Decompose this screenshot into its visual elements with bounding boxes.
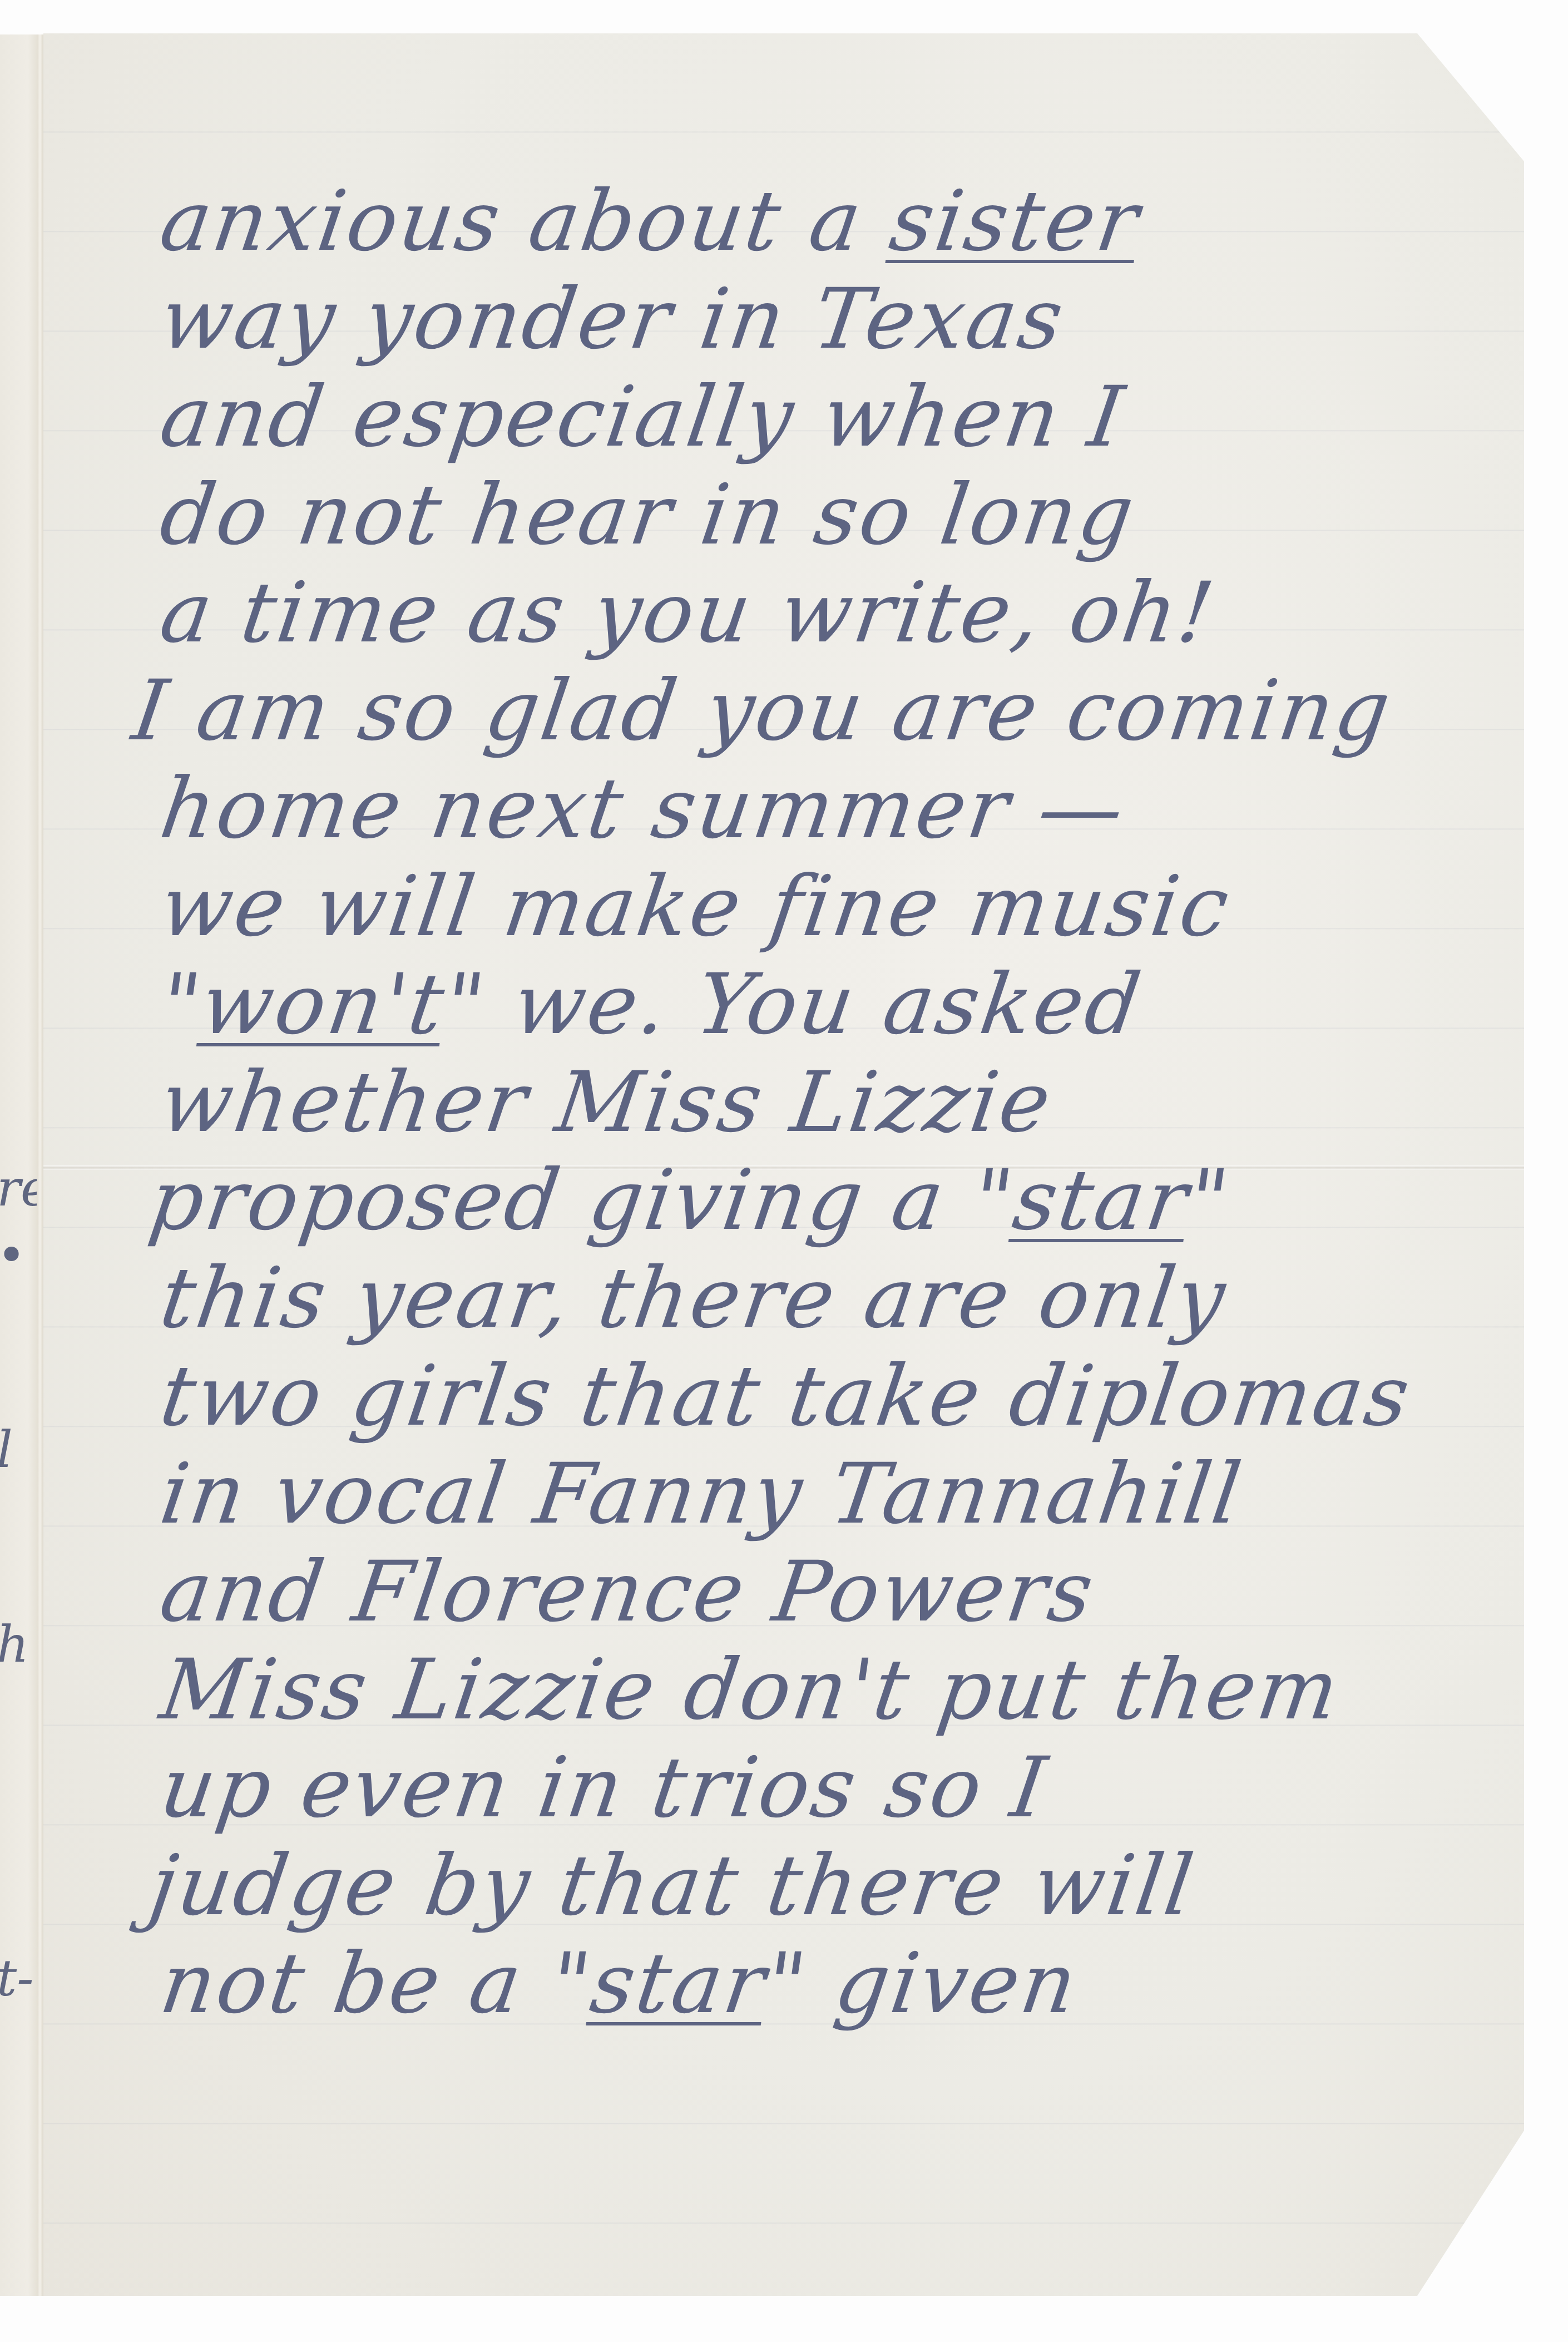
text-line: proposed giving a "star"	[144, 1152, 1520, 1249]
text-line: up even in trios so I	[155, 1739, 1520, 1837]
underlined-word: star	[1007, 1152, 1196, 1249]
left-page-fragment: •	[0, 1231, 26, 1281]
adjacent-left-page: re • l h t-	[0, 34, 40, 2296]
text-line: not be a "star" given	[155, 1935, 1520, 2033]
left-page-fragment: t-	[0, 1954, 34, 2004]
text-line: Miss Lizzie don't put them	[155, 1641, 1520, 1739]
left-page-fragment: h	[0, 1620, 29, 1670]
text-line: and especially when I	[155, 368, 1520, 466]
text-line: and Florence Powers	[155, 1543, 1520, 1641]
text-line: "won't" we. You asked	[155, 956, 1520, 1054]
text-line: a time as you write, oh!	[155, 564, 1520, 662]
text-line: we will make fine music	[155, 858, 1520, 956]
handwritten-text-block: anxious about a sister way yonder in Tex…	[144, 172, 1506, 2033]
text-line: do not hear in so long	[155, 466, 1520, 564]
text-line: two girls that take diplomas	[155, 1347, 1520, 1445]
underlined-word: star	[585, 1935, 774, 2032]
underlined-word: won't	[195, 956, 452, 1053]
underlined-word: sister	[884, 173, 1146, 270]
text-line: home next summer —	[155, 760, 1520, 858]
text-line: I am so glad you are coming	[127, 662, 1520, 760]
text-line: whether Miss Lizzie	[155, 1054, 1520, 1152]
left-page-fragment: l	[0, 1425, 13, 1475]
text-line: judge by that there will	[144, 1837, 1520, 1935]
text-line: anxious about a sister	[155, 172, 1520, 270]
page-spine-fold	[37, 34, 43, 2296]
text-line: this year, there are only	[155, 1249, 1520, 1347]
text-line: way yonder in Texas	[155, 270, 1520, 368]
letter-sheet: anxious about a sister way yonder in Tex…	[43, 33, 1524, 2296]
left-page-fragment: re	[0, 1164, 40, 1214]
text-line: in vocal Fanny Tannahill	[155, 1445, 1520, 1543]
